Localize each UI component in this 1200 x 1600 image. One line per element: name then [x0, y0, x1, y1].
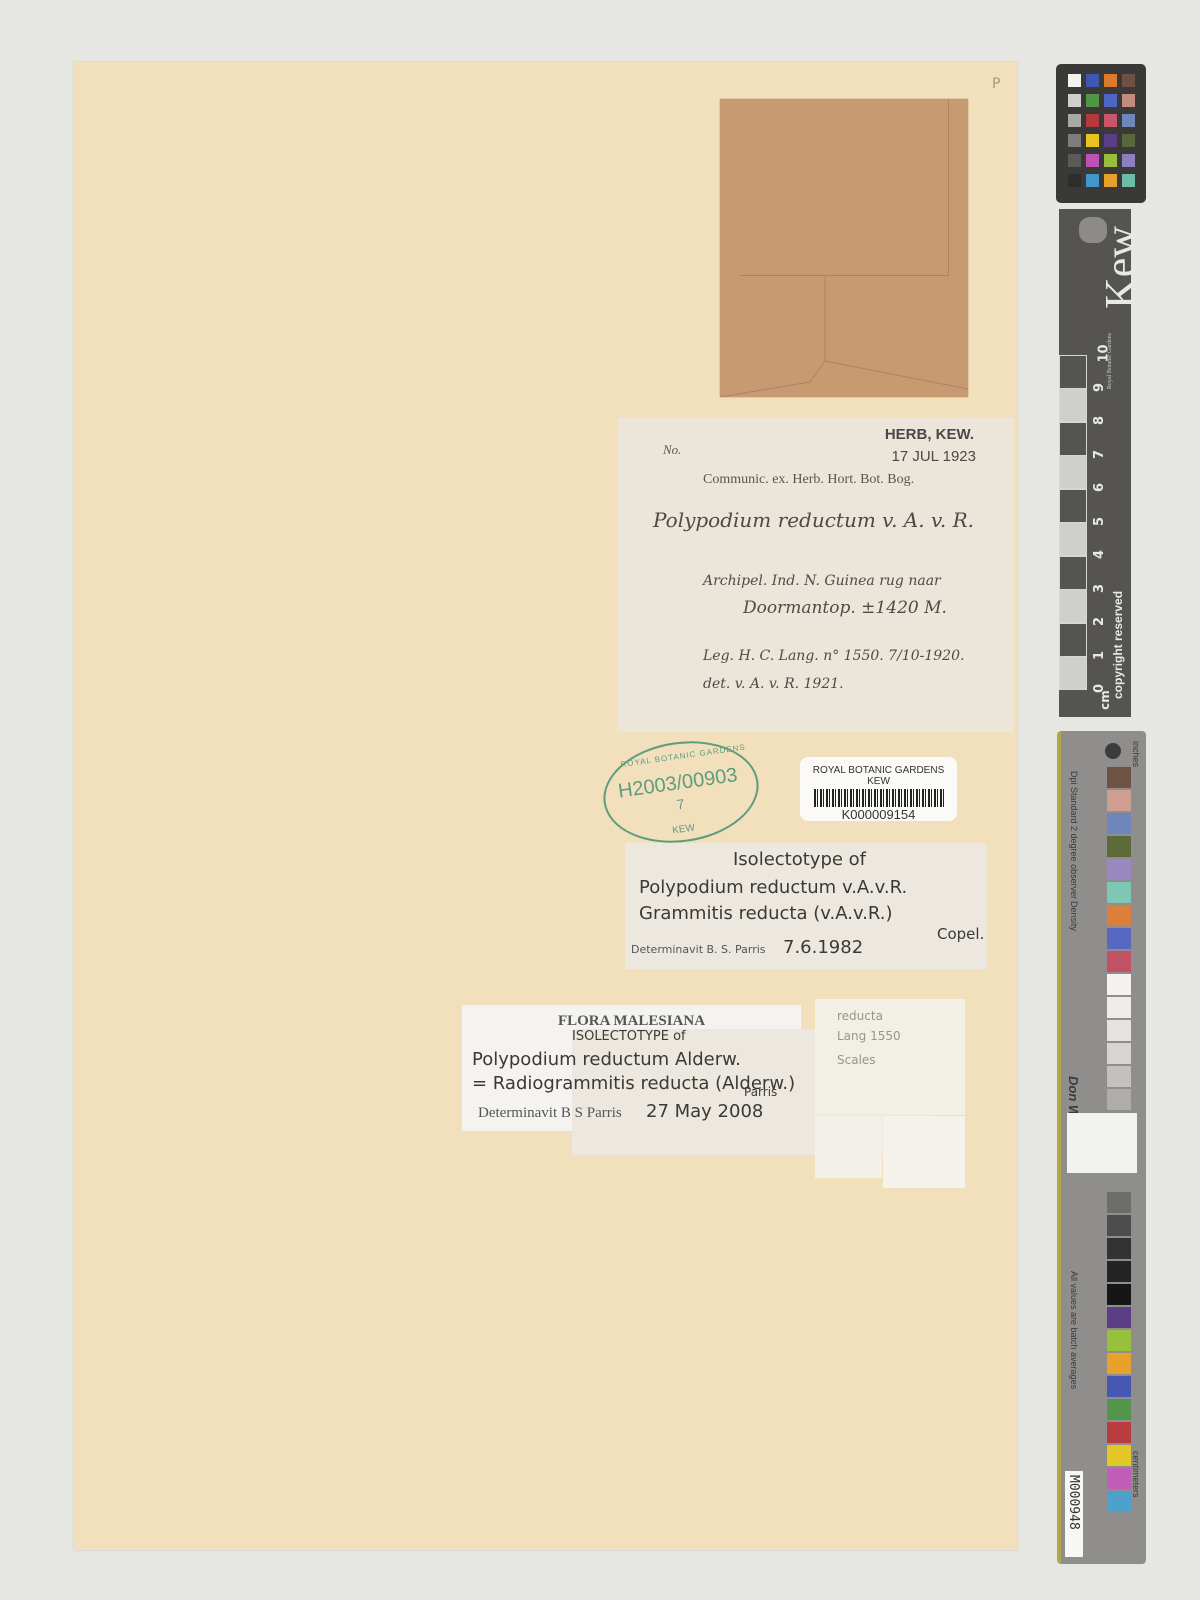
strip-units-bottom: centimeters — [1131, 1451, 1141, 1498]
calibration-patch — [1107, 905, 1131, 926]
iso-line-2: Polypodium reductum v.A.v.R. — [639, 877, 907, 898]
isolectotype-label: Isolectotype of Polypodium reductum v.A.… — [625, 843, 987, 969]
color-swatch — [1104, 114, 1117, 127]
color-swatch — [1122, 174, 1135, 187]
stamp-date: 17 JUL 1923 — [891, 448, 976, 465]
envelope-fold-lines — [720, 99, 968, 397]
calibration-patch — [1107, 1468, 1131, 1489]
copyright-text: copyright reserved — [1111, 591, 1125, 699]
color-swatch — [1104, 94, 1117, 107]
scale-segment — [1059, 656, 1087, 690]
barcode-header: ROYAL BOTANIC GARDENS KEW — [800, 765, 957, 787]
calibration-patch — [1107, 1020, 1131, 1041]
packet-fold-right — [883, 1116, 965, 1188]
calibration-patch — [1107, 790, 1131, 811]
scale-segment — [1059, 556, 1087, 590]
calibration-patch — [1107, 928, 1131, 949]
locality-line-1: Archipel. Ind. N. Guinea rug naar — [703, 573, 941, 589]
color-swatch — [1086, 154, 1099, 167]
scale-segment — [1059, 455, 1087, 489]
calibration-patch — [1107, 1445, 1131, 1466]
color-swatch — [1122, 94, 1135, 107]
color-swatch — [1068, 94, 1081, 107]
iso-line-3: Grammitis reducta (v.A.v.R.) — [639, 903, 893, 924]
strip-units-top: inches — [1131, 741, 1141, 767]
strip-note: All values are batch averages — [1069, 1271, 1079, 1389]
flora-determinavit: Determinavit B S Parris — [478, 1105, 622, 1122]
scale-number: 4 — [1092, 550, 1107, 559]
strip-observer-label: Dpi Standard 2 degree observer — [1069, 771, 1079, 899]
calibration-patch — [1107, 1330, 1131, 1351]
strip-id-tag: M000948 — [1065, 1471, 1083, 1557]
color-swatch — [1104, 154, 1117, 167]
color-swatch — [1086, 114, 1099, 127]
flora-malesiana-label: FLORA MALESIANA ISOLECTOTYPE of Polypodi… — [462, 1005, 801, 1131]
packet-line-2: Lang 1550 — [837, 1029, 901, 1043]
original-collection-label: No. HERB, KEW. 17 JUL 1923 Communic. ex.… — [617, 418, 1014, 732]
label-number: No. — [663, 442, 681, 458]
color-swatch — [1068, 74, 1081, 87]
scale-segment — [1059, 522, 1087, 556]
scale-segment — [1059, 623, 1087, 657]
color-swatch — [1104, 174, 1117, 187]
communic-line: Communic. ex. Herb. Hort. Bot. Bog. — [703, 472, 914, 488]
fragment-packet: reducta Lang 1550 Scales — [815, 999, 965, 1115]
scale-segment — [1059, 589, 1087, 623]
calibration-patch — [1107, 1284, 1131, 1305]
stamp-sub: 7 — [676, 796, 686, 813]
kew-logo: Kew — [1095, 226, 1146, 309]
herb-kew-stamp: HERB, KEW. — [885, 426, 974, 443]
scale-number: 3 — [1092, 583, 1107, 592]
calibration-patch — [1107, 836, 1131, 857]
packet-fold-left — [815, 1116, 882, 1178]
strip-density-label: Density — [1069, 901, 1079, 931]
calibration-patch — [1107, 974, 1131, 995]
scale-number: 9 — [1092, 382, 1107, 391]
collector-line: Leg. H. C. Lang. n° 1550. 7/10-1920. — [703, 648, 964, 664]
color-swatch — [1104, 134, 1117, 147]
scale-number: 6 — [1092, 483, 1107, 492]
calibration-patch — [1107, 1089, 1131, 1110]
calibration-patch — [1107, 1192, 1131, 1213]
scale-number: 8 — [1092, 416, 1107, 425]
iso-determinavit: Determinavit B. S. Parris — [631, 943, 766, 956]
calibration-patch — [1107, 1043, 1131, 1064]
calibration-patch — [1107, 882, 1131, 903]
strip-resolution-target — [1067, 1113, 1137, 1173]
color-swatch — [1068, 174, 1081, 187]
scale-number: 2 — [1092, 617, 1107, 626]
scale-segment — [1059, 388, 1087, 422]
scale-number: 5 — [1092, 516, 1107, 525]
calibration-patch — [1107, 1491, 1131, 1512]
flora-line-2: Polypodium reductum Alderw. — [472, 1049, 741, 1070]
calibration-patch — [1107, 1261, 1131, 1282]
iso-line-1: Isolectotype of — [733, 849, 866, 870]
calibration-patch — [1107, 1422, 1131, 1443]
specimen-envelope — [720, 99, 968, 397]
corner-mark: P — [992, 76, 1000, 92]
determiner-line: det. v. A. v. R. 1921. — [703, 676, 844, 692]
scale-number: 7 — [1092, 449, 1107, 458]
color-checker-card — [1056, 64, 1146, 203]
stamp-bottom-text: KEW — [672, 822, 696, 836]
iso-date: 7.6.1982 — [783, 937, 863, 958]
calibration-patch — [1107, 1376, 1131, 1397]
calibration-patch — [1107, 1066, 1131, 1087]
color-swatch — [1086, 74, 1099, 87]
scale-number: 10 — [1097, 344, 1112, 362]
color-swatch — [1104, 74, 1117, 87]
locality-line-2: Doormantop. ±1420 M. — [743, 598, 947, 618]
color-swatch — [1068, 154, 1081, 167]
flora-title: FLORA MALESIANA — [462, 1013, 801, 1030]
barcode-number: K000009154 — [800, 807, 957, 822]
scale-number: 1 — [1092, 650, 1107, 659]
color-swatch — [1122, 134, 1135, 147]
species-name: Polypodium reductum v. A. v. R. — [653, 508, 974, 532]
kew-scale-bar: Kew Royal Botanic Gardens copyright rese… — [1059, 209, 1131, 717]
flora-date: 27 May 2008 — [646, 1101, 763, 1122]
packet-line-1: reducta — [837, 1009, 883, 1023]
scale-segment — [1059, 422, 1087, 456]
color-swatch — [1122, 154, 1135, 167]
registration-dot — [1105, 743, 1121, 759]
calibration-patch — [1107, 859, 1131, 880]
scale-unit: cm — [1098, 690, 1112, 710]
calibration-patch — [1107, 1353, 1131, 1374]
calibration-patch — [1107, 1238, 1131, 1259]
calibration-patch — [1107, 1399, 1131, 1420]
color-swatch — [1086, 134, 1099, 147]
color-swatch — [1122, 114, 1135, 127]
color-swatch — [1086, 94, 1099, 107]
color-swatch — [1068, 114, 1081, 127]
barcode-label: ROYAL BOTANIC GARDENS KEW K000009154 — [800, 757, 957, 821]
packet-line-3: Scales — [837, 1053, 876, 1067]
iso-authority: Copel. — [937, 925, 984, 943]
calibration-patch — [1107, 951, 1131, 972]
scale-segment — [1059, 489, 1087, 523]
scale-segment — [1059, 355, 1087, 389]
calibration-patch — [1107, 813, 1131, 834]
calibration-patch — [1107, 997, 1131, 1018]
color-swatch — [1086, 174, 1099, 187]
calibration-strip: Dpi Standard 2 degree observer Density D… — [1057, 731, 1146, 1564]
color-swatch — [1068, 134, 1081, 147]
calibration-patch — [1107, 1307, 1131, 1328]
flora-authority: Parris — [744, 1085, 777, 1099]
calibration-patch — [1107, 1215, 1131, 1236]
color-swatch — [1122, 74, 1135, 87]
calibration-patch — [1107, 767, 1131, 788]
barcode-bars — [814, 789, 944, 807]
